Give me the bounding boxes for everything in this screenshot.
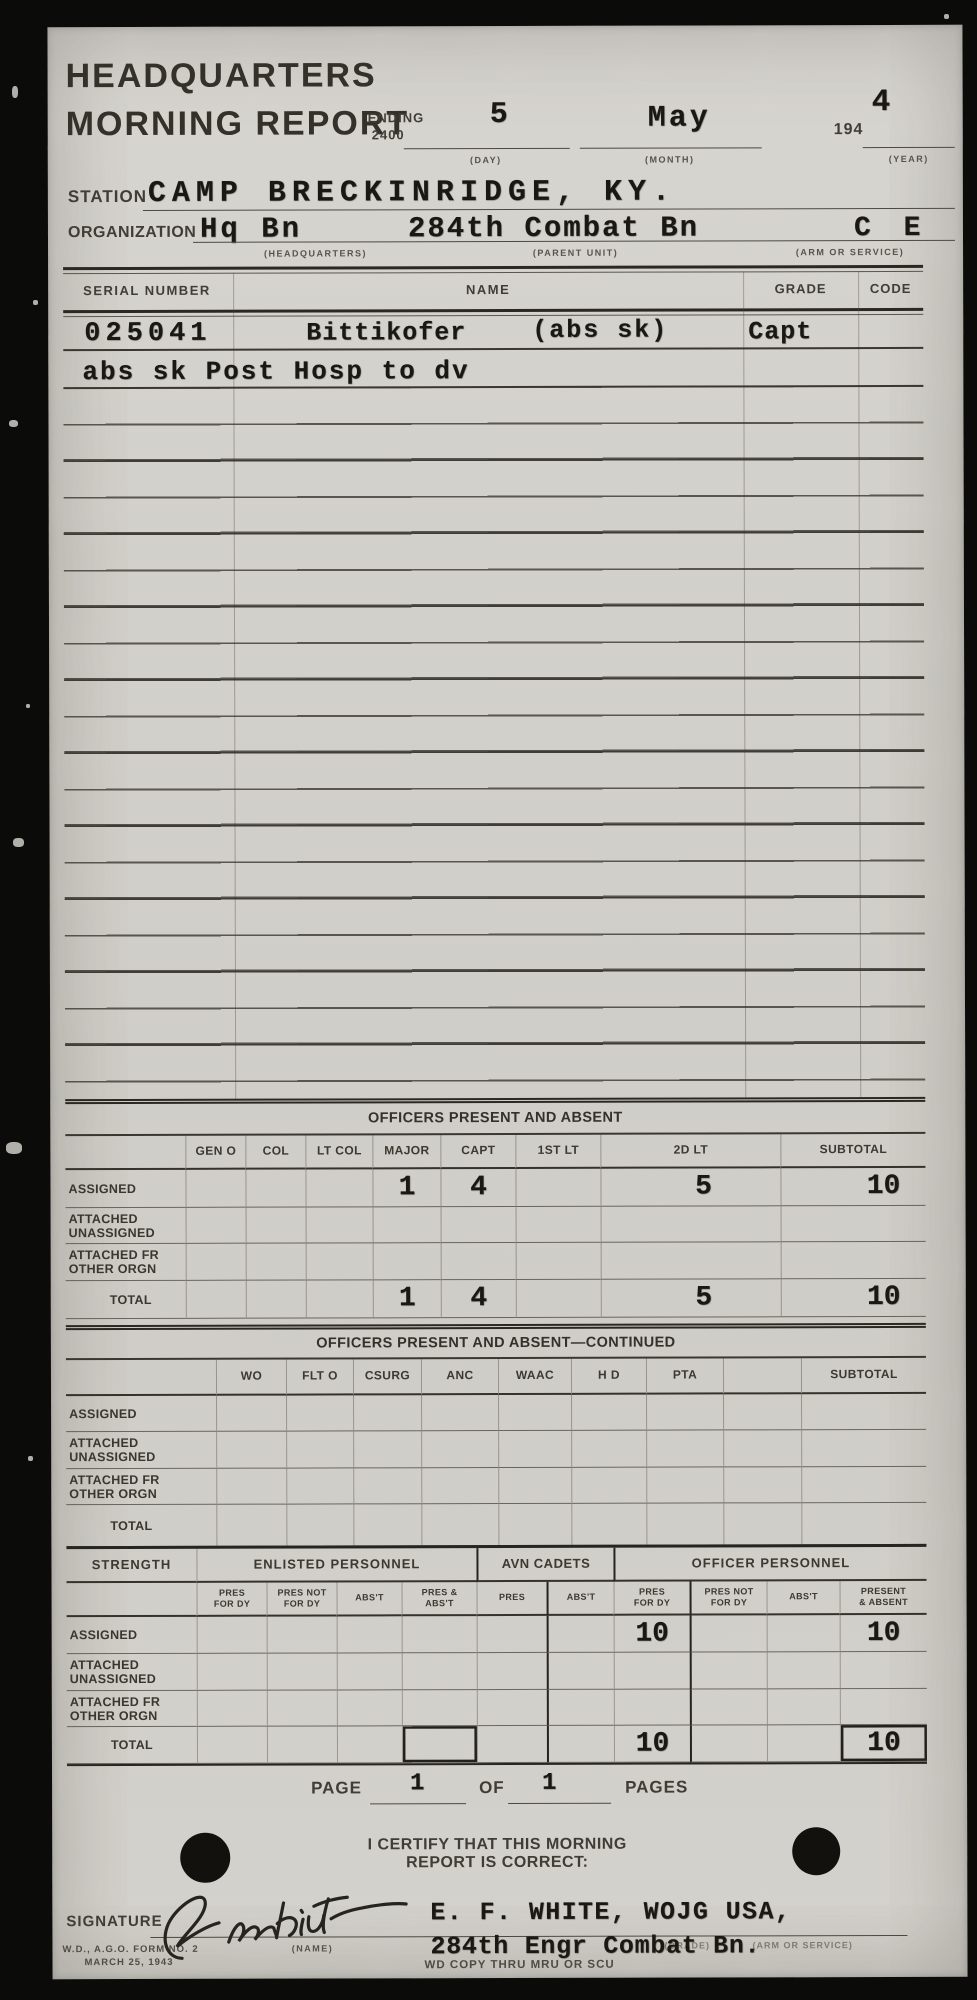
strength-table: STRENGTH ENLISTED PERSONNEL AVN CADETS O… [66, 1544, 927, 1766]
table-cell [723, 1503, 801, 1545]
column-header: PRES [477, 1582, 547, 1616]
table-cell [246, 1281, 306, 1319]
table-cell [246, 1208, 306, 1244]
table-cell [516, 1280, 601, 1318]
hand-drawn-box-cell [402, 1726, 477, 1763]
table-cell [305, 1169, 372, 1207]
table-cell [246, 1244, 306, 1281]
scan-speck [12, 86, 18, 98]
table-cell [286, 1504, 353, 1546]
officers-continued-grid: WO FLT O CSURG ANC WAAC H D PTA SUBTOTAL… [66, 1358, 926, 1547]
year-prefix: 194 [834, 121, 864, 139]
table-cell [197, 1691, 267, 1727]
table-cell [67, 1583, 197, 1617]
table-cell [801, 1430, 926, 1467]
table-cell [306, 1207, 373, 1243]
certify-line1: I CERTIFY THAT THIS MORNING [332, 1836, 662, 1855]
column-header: ABS'T [547, 1582, 614, 1616]
table-cell [646, 1467, 723, 1503]
table-cell [402, 1616, 477, 1653]
table-cell [197, 1654, 267, 1691]
table-cell [547, 1726, 614, 1763]
table-cell [353, 1395, 421, 1431]
year-caption: (YEAR) [863, 154, 955, 164]
table-cell [421, 1395, 498, 1431]
table-cell [197, 1617, 267, 1654]
table-cell [601, 1206, 781, 1242]
table-cell: 10 [614, 1616, 690, 1653]
table-cell [498, 1468, 571, 1504]
scanned-morning-report: { "document": { "title_line1": "HEADQUAR… [0, 0, 977, 2000]
column-header: GEN O [185, 1136, 245, 1170]
table-cell [337, 1616, 402, 1653]
column-header: CSURG [353, 1359, 421, 1395]
row-label: ASSIGNED [66, 1396, 216, 1432]
table-cell [267, 1616, 337, 1653]
table-cell [185, 1170, 245, 1208]
pages-label: PAGES [625, 1778, 688, 1798]
officers-continued-title: OFFICERS PRESENT AND ABSENT—CONTINUED [66, 1328, 926, 1360]
table-cell [477, 1690, 547, 1726]
row-label: ATTACHED UNASSIGNED [66, 1208, 186, 1244]
column-header: H D [571, 1359, 646, 1395]
table-cell [801, 1503, 926, 1545]
day-value: 5 [490, 98, 508, 132]
day-caption: (DAY) [446, 155, 526, 165]
table-cell [267, 1653, 337, 1690]
column-header: CAPT [440, 1135, 515, 1169]
column-header: 1ST LT [515, 1135, 600, 1169]
row-label: ATTACHED FR OTHER ORGN [66, 1244, 186, 1281]
ending-label: ENDING [368, 110, 425, 125]
table-cell [614, 1690, 690, 1726]
table-cell [286, 1431, 353, 1468]
row-label: ATTACHED FR OTHER ORGN [66, 1469, 216, 1505]
page-underline [370, 1803, 466, 1804]
table-cell [516, 1207, 601, 1243]
strength-label: STRENGTH [66, 1549, 196, 1583]
table-cell [801, 1394, 926, 1430]
punch-hole-right [792, 1827, 840, 1875]
table-cell: 1 [372, 1169, 440, 1207]
roster-top-rule [63, 265, 923, 274]
table-cell [216, 1396, 286, 1432]
table-cell [373, 1243, 441, 1280]
table-cell [65, 1136, 185, 1170]
roster-header-code: CODE [858, 281, 923, 296]
year-value: 4 [872, 85, 891, 120]
table-cell [547, 1616, 614, 1653]
scan-speck [33, 300, 38, 305]
table-cell [477, 1616, 547, 1653]
table-cell [197, 1727, 267, 1764]
column-header: LT COL [305, 1135, 372, 1169]
scan-speck [944, 14, 949, 19]
table-cell [421, 1504, 498, 1546]
table-cell [767, 1725, 840, 1762]
table-cell [498, 1431, 571, 1468]
roster-header-serial: SERIAL NUMBER [83, 283, 211, 298]
table-cell [547, 1690, 614, 1726]
column-header: PRES NOT FOR DY [690, 1581, 767, 1615]
table-cell [402, 1653, 477, 1690]
form-title-line2: MORNING REPORT [66, 104, 410, 144]
column-header: 2D LT [600, 1134, 780, 1168]
table-cell: 10 [840, 1615, 927, 1652]
column-header: SUBTOTAL [780, 1134, 925, 1168]
organization-label: ORGANIZATION [68, 224, 196, 242]
column-header: FLT O [286, 1359, 353, 1395]
table-cell [690, 1652, 767, 1689]
row-label: ATTACHED UNASSIGNED [66, 1432, 216, 1469]
column-header [723, 1358, 801, 1394]
entry-name: Bittikofer [306, 318, 466, 347]
ending-time: 2400 [372, 127, 405, 142]
officers-table-title: OFFICERS PRESENT AND ABSENT [65, 1102, 925, 1136]
table-cell [216, 1505, 286, 1547]
table-cell [373, 1207, 441, 1243]
row-label: TOTAL [66, 1281, 186, 1319]
of-label: OF [479, 1778, 505, 1798]
table-cell [245, 1170, 305, 1208]
column-header: PRES & ABS'T [402, 1582, 477, 1616]
table-cell [186, 1208, 246, 1244]
table-cell [723, 1467, 801, 1503]
group-header: OFFICER PERSONNEL [613, 1547, 926, 1582]
table-cell: 4 [440, 1169, 515, 1207]
column-header: WAAC [498, 1359, 571, 1395]
arm-service-caption: (ARM OR SERVICE) [752, 1940, 852, 1950]
table-cell [767, 1689, 840, 1725]
table-cell [441, 1243, 516, 1280]
table-cell [402, 1690, 477, 1726]
pages-underline [508, 1803, 611, 1804]
roster-header-grade: GRADE [743, 281, 858, 296]
table-cell: 4 [441, 1280, 516, 1318]
table-cell [216, 1469, 286, 1505]
scan-speck [26, 704, 30, 708]
entry-name-note: (abs sk) [532, 316, 668, 345]
row-label: ASSIGNED [65, 1170, 185, 1208]
column-header: COL [245, 1136, 305, 1170]
pages-value: 1 [542, 1770, 556, 1797]
column-header: ABS'T [337, 1582, 402, 1616]
table-cell [306, 1243, 373, 1280]
table-cell [516, 1243, 601, 1280]
strength-group-header: STRENGTH ENLISTED PERSONNEL AVN CADETS O… [66, 1547, 926, 1583]
year-underline [863, 147, 955, 148]
table-cell [571, 1431, 646, 1468]
row-label: ATTACHED UNASSIGNED [67, 1654, 197, 1691]
scan-speck [9, 420, 18, 427]
page-value: 1 [410, 1770, 424, 1797]
table-cell [421, 1431, 498, 1468]
table-cell [601, 1242, 781, 1279]
scan-speck [6, 1142, 22, 1154]
table-cell [498, 1504, 571, 1546]
day-underline [404, 148, 570, 149]
entry-serial: 025041 [84, 319, 211, 349]
column-header: PTA [646, 1358, 723, 1394]
row-label: TOTAL [66, 1505, 216, 1547]
scan-speck [13, 838, 24, 847]
column-header: ANC [421, 1359, 498, 1395]
blank-roster-lines [63, 387, 925, 1099]
table-cell [781, 1242, 926, 1279]
table-cell [614, 1653, 690, 1690]
page-label: PAGE [311, 1778, 362, 1798]
column-header: SUBTOTAL [801, 1358, 926, 1394]
table-cell [840, 1652, 927, 1689]
table-cell [337, 1690, 402, 1726]
table-cell [337, 1726, 402, 1763]
organization-parent-caption: (PARENT UNIT) [503, 248, 648, 258]
month-value: May [648, 101, 711, 135]
column-header: MAJOR [372, 1135, 440, 1169]
officers-present-absent-table: OFFICERS PRESENT AND ABSENT GEN O COL LT… [65, 1097, 926, 1319]
table-cell: 1 [373, 1280, 441, 1318]
table-cell: 5 [600, 1168, 780, 1206]
table-cell [840, 1689, 927, 1725]
roster-header-rule [63, 308, 923, 317]
table-cell: 10 [614, 1726, 690, 1763]
table-cell [267, 1690, 337, 1726]
table-cell [571, 1468, 646, 1504]
table-cell [646, 1394, 723, 1430]
organization-hq-caption: (HEADQUARTERS) [243, 248, 388, 258]
table-cell [421, 1468, 498, 1504]
table-cell: 10 [780, 1168, 925, 1206]
table-cell [306, 1280, 373, 1318]
column-header: PRES FOR DY [197, 1583, 267, 1617]
officers-continued-table: OFFICERS PRESENT AND ABSENT—CONTINUED WO… [66, 1323, 927, 1547]
column-header: WO [216, 1360, 286, 1396]
table-cell [767, 1652, 840, 1689]
scan-speck [28, 1456, 33, 1461]
signed-unit: 284th Engr Combat Bn. [430, 1931, 760, 1961]
month-caption: (MONTH) [620, 154, 720, 164]
table-cell [723, 1394, 801, 1430]
column-header: ABS'T [767, 1581, 840, 1615]
roster-header-name: NAME [233, 281, 743, 297]
table-cell [267, 1726, 337, 1763]
form-page: HEADQUARTERS MORNING REPORT ENDING 2400 … [47, 25, 967, 1979]
table-cell [477, 1653, 547, 1690]
table-cell [477, 1726, 547, 1763]
row-label: ATTACHED FR OTHER ORGN [67, 1691, 197, 1727]
table-cell [571, 1504, 646, 1546]
table-cell [646, 1503, 723, 1545]
station-value: CAMP BRECKINRIDGE, KY. [148, 176, 676, 211]
strength-grid: PRES FOR DY PRES NOT FOR DY ABS'T PRES &… [67, 1581, 927, 1764]
group-header: AVN CADETS [476, 1548, 613, 1582]
table-cell [498, 1395, 571, 1431]
row-label: ASSIGNED [67, 1617, 197, 1654]
table-cell [801, 1467, 926, 1503]
table-cell [723, 1430, 801, 1467]
group-header: ENLISTED PERSONNEL [196, 1548, 476, 1583]
table-cell: 5 [601, 1279, 781, 1317]
row-label: TOTAL [67, 1727, 197, 1764]
column-header: PRES FOR DY [614, 1582, 690, 1616]
table-cell [767, 1615, 840, 1652]
entry-grade: Capt [748, 317, 812, 346]
month-underline [580, 147, 762, 148]
table-cell [353, 1504, 421, 1546]
table-cell [186, 1281, 246, 1319]
table-cell: 10 [781, 1279, 926, 1317]
table-cell [353, 1431, 421, 1468]
station-label: STATION [68, 187, 147, 207]
signed-name: E. F. WHITE, WOJG USA, [430, 1897, 791, 1927]
table-cell [515, 1169, 600, 1207]
table-cell [186, 1244, 246, 1281]
table-cell [571, 1395, 646, 1431]
hand-drawn-box-cell: 10 [840, 1725, 927, 1762]
table-cell [781, 1206, 926, 1242]
table-cell [690, 1725, 767, 1762]
column-header: PRES NOT FOR DY [267, 1582, 337, 1616]
entry-remark: abs sk Post Hosp to dv [82, 356, 469, 387]
table-cell [646, 1430, 723, 1467]
table-cell [286, 1468, 353, 1504]
table-cell [286, 1395, 353, 1431]
table-cell [216, 1432, 286, 1469]
table-cell [337, 1653, 402, 1690]
table-cell [66, 1360, 216, 1396]
organization-arm-caption: (ARM OR SERVICE) [770, 247, 930, 257]
table-cell [441, 1207, 516, 1243]
form-title-line1: HEADQUARTERS [66, 56, 377, 96]
officers-table-grid: GEN O COL LT COL MAJOR CAPT 1ST LT 2D LT… [65, 1134, 925, 1319]
table-cell [547, 1653, 614, 1690]
column-header: PRESENT & ABSENT [840, 1581, 927, 1615]
table-cell [690, 1615, 767, 1652]
table-cell [353, 1468, 421, 1504]
table-cell [690, 1689, 767, 1725]
